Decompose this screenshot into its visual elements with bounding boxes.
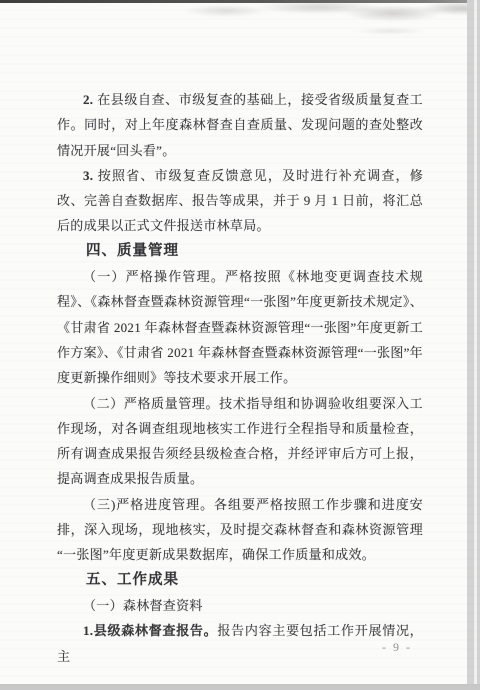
next-page-edge	[474, 0, 477, 690]
paragraph: 3. 按照省、市级复查反馈意见，及时进行补充调查，修改、完善自查数据库、报告等成…	[57, 163, 423, 239]
bold-text-run: 1.县级森林督查报告。	[83, 623, 217, 638]
text-run: 在县级自查、市级复查的基础上，接受省级质量复查工作。同时，对上年度森林督查自查质…	[57, 92, 423, 158]
text-run: （二）严格质量管理。技术指导组和协调验收组要深入工作现场，对各调查组现地核实工作…	[57, 396, 423, 487]
scanned-document-page: 2. 在县级自查、市级复查的基础上，接受省级质量复查工作。同时，对上年度森林督查…	[0, 0, 480, 690]
paragraph: 2. 在县级自查、市级复查的基础上，接受省级质量复查工作。同时，对上年度森林督查…	[57, 87, 423, 163]
page-number-label: - 9 -	[382, 640, 412, 655]
bold-text-run: 3.	[83, 168, 93, 183]
text-run: （三)严格进度管理。各组要严格按照工作步骤和进度安排，深入现场，现地核实，及时提…	[57, 497, 423, 563]
paragraph: 1.县级森林督查报告。报告内容主要包括工作开展情况，主	[57, 618, 423, 669]
paragraph: （一）森林督查资料	[57, 593, 423, 618]
paragraph: （一）严格操作管理。严格按照《林地变更调查技术规程》、《森林督查暨森林资源管理“…	[57, 264, 423, 390]
scan-top-edge	[0, 0, 471, 3]
bold-text-run: 2.	[83, 92, 93, 107]
document-paper: 2. 在县级自查、市级复查的基础上，接受省级质量复查工作。同时，对上年度森林督查…	[0, 3, 467, 684]
scan-right-gutter	[467, 0, 480, 690]
paragraph: （二）严格质量管理。技术指导组和协调验收组要深入工作现场，对各调查组现地核实工作…	[57, 391, 423, 492]
bold-text-run: 四、质量管理	[86, 243, 179, 259]
paragraph: （三)严格进度管理。各组要严格按照工作步骤和进度安排，深入现场，现地核实，及时提…	[57, 492, 423, 568]
text-run: （一）严格操作管理。严格按照《林地变更调查技术规程》、《森林督查暨森林资源管理“…	[57, 269, 423, 385]
scan-bottom-gutter	[0, 684, 480, 690]
section-heading: 四、质量管理	[57, 239, 423, 264]
document-body: 2. 在县级自查、市级复查的基础上，接受省级质量复查工作。同时，对上年度森林督查…	[57, 87, 423, 669]
text-run: （一）森林督查资料	[83, 598, 203, 613]
section-heading: 五、工作成果	[57, 568, 423, 593]
bold-text-run: 五、工作成果	[86, 572, 179, 588]
text-run: 按照省、市级复查反馈意见，及时进行补充调查，修改、完善自查数据库、报告等成果，并…	[57, 168, 423, 234]
